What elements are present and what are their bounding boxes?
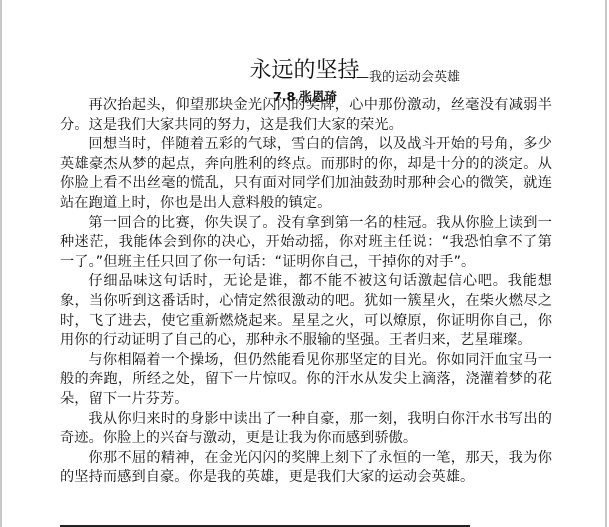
paragraph: 我从你归来时的身影中读出了一种自豪，那一刻，我明白你汗水书写出的奇迹。你脸上的兴… [60,410,552,449]
paragraph: 回想当时，伴随着五彩的气球，雪白的信鸽，以及战斗开始的号角，多少英雄豪杰从梦的起… [60,135,552,213]
document-title: 永远的坚持 [0,57,609,85]
essay-body: 再次抬起头，仰望那块金光闪闪的奖牌，心中那份激动，丝毫没有减弱半分。这是我们大家… [60,96,552,488]
paragraph: 仔细品味这句话时，无论是谁，都不能不被这句话激起信心吧。我能想象，当你听到这番话… [60,272,552,350]
paragraph: 再次抬起头，仰望那块金光闪闪的奖牌，心中那份激动，丝毫没有减弱半分。这是我们大家… [60,96,552,135]
paragraph: 与你相隔着一个操场，但仍然能看见你那坚定的目光。你如同汗血宝马一般的奔跑，所经之… [60,351,552,410]
paragraph: 第一回合的比赛，你失误了。没有拿到第一名的桂冠。我从你脸上读到一种迷茫，我能体会… [60,214,552,273]
document-subtitle: ——我的运动会英雄 [343,70,460,86]
paragraph: 你那不屈的精神，在金光闪闪的奖牌上刻下了永恒的一笔，那天，我为你的坚持而感到自豪… [60,449,552,488]
